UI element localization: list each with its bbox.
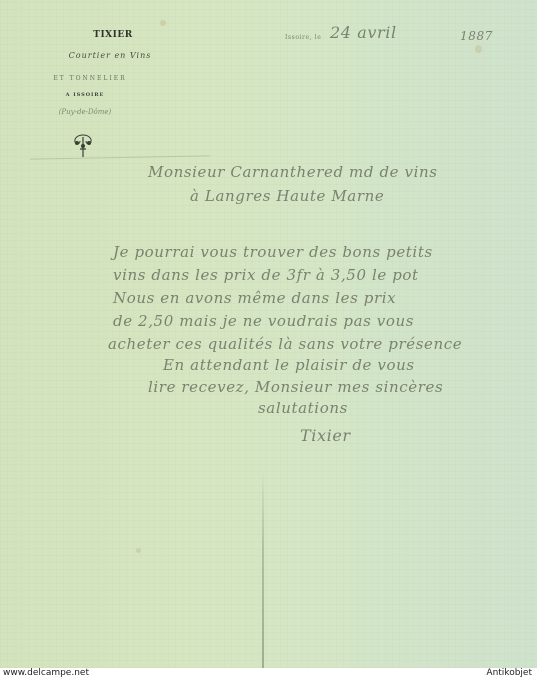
letterhead-department: (Puy-de-Dôme) [45, 108, 125, 116]
seller-watermark: Antikobjet [486, 668, 532, 678]
image-footer: www.delcampe.net Antikobjet [0, 668, 537, 680]
fleuron-ornament-icon [68, 133, 98, 159]
letterhead-name: TIXIER [58, 30, 168, 40]
stain [160, 20, 166, 26]
body-line: En attendant le plaisir de vous [163, 356, 415, 374]
recipient-line-1: Monsieur Carnanthered md de vins [148, 163, 438, 181]
paper-fold-line [262, 470, 264, 668]
stain [136, 548, 141, 553]
signature: Tixier [300, 426, 351, 445]
body-line: salutations [258, 399, 348, 417]
source-watermark: www.delcampe.net [3, 668, 89, 678]
date-day-month: 24 avril [330, 23, 397, 42]
letter-paper: TIXIER Courtier en Vins ET TONNELIER A I… [0, 0, 537, 668]
letterhead-trade: Courtier en Vins [30, 51, 190, 60]
body-line: de 2,50 mais je ne voudrais pas vous [113, 312, 414, 330]
date-year: 1887 [460, 29, 493, 43]
body-line: acheter ces qualités là sans votre prése… [108, 335, 462, 353]
header-rule [30, 155, 210, 159]
body-line: vins dans les prix de 3fr à 3,50 le pot [113, 266, 419, 284]
recipient-line-2: à Langres Haute Marne [190, 187, 384, 205]
body-line: Je pourrai vous trouver des bons petits [113, 243, 433, 261]
body-line: lire recevez, Monsieur mes sincères [148, 378, 443, 396]
date-place: Issoire, le [285, 34, 321, 41]
stain [475, 45, 482, 53]
letterhead-town: A ISSOIRE [55, 92, 115, 98]
body-line: Nous en avons même dans les prix [113, 289, 396, 307]
letterhead-trade-secondary: ET TONNELIER [40, 75, 140, 82]
